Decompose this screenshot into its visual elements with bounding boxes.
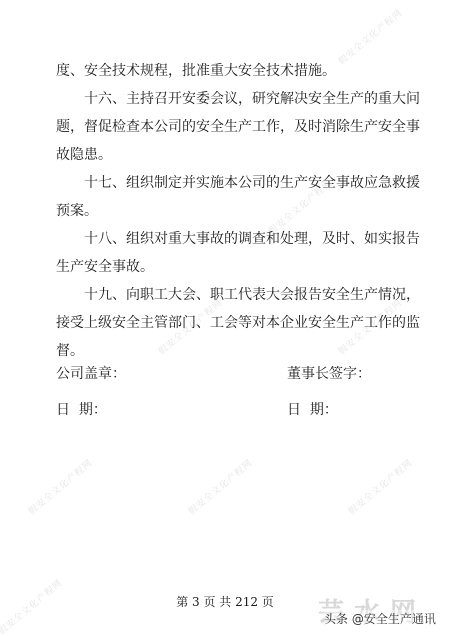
text-line: 十八、组织对重大事故的调查和处理，及时、如实报告 — [56, 225, 396, 253]
watermark-text: 假安全文化产程网 — [185, 456, 255, 517]
body-text: 度、安全技术规程，批准重大安全技术措施。 十六、主持召开安委会议，研究解决安全生… — [56, 57, 396, 365]
text-line: 预案。 — [56, 197, 396, 225]
date-label-left: 日 期： — [56, 399, 107, 419]
text-line: 十七、组织制定并实施本公司的生产安全事故应急救援 — [56, 169, 396, 197]
chairman-sign-label: 董事长签字： — [287, 363, 371, 383]
date-label-right: 日 期： — [287, 399, 338, 419]
document-page: 假安全文化产程网 假安全文化产程网 假安全文化产程网 假安全文化产程网 假安全文… — [0, 0, 450, 636]
text-line: 故隐患。 — [56, 141, 396, 169]
company-seal-label: 公司盖章： — [56, 363, 126, 383]
text-line: 督。 — [56, 337, 396, 365]
watermark-text: 假安全文化产程网 — [345, 456, 415, 517]
brand-caption: 头条 @安全生产通讯 — [324, 610, 436, 627]
text-line: 生产安全事故。 — [56, 253, 396, 281]
watermark-text: 假安全文化产程网 — [25, 456, 95, 517]
text-line: 度、安全技术规程，批准重大安全技术措施。 — [56, 57, 396, 85]
text-line: 十九、向职工大会、职工代表大会报告安全生产情况， — [56, 281, 396, 309]
text-line: 十六、主持召开安委会议，研究解决安全生产的重大问 — [56, 85, 396, 113]
text-line: 接受上级安全主管部门、工会等对本企业安全生产工作的监 — [56, 309, 396, 337]
text-line: 题，督促检查本公司的安全生产工作，及时消除生产安全事 — [56, 113, 396, 141]
brand-watermark: 芸水网 头条 @安全生产通讯 — [318, 596, 444, 632]
